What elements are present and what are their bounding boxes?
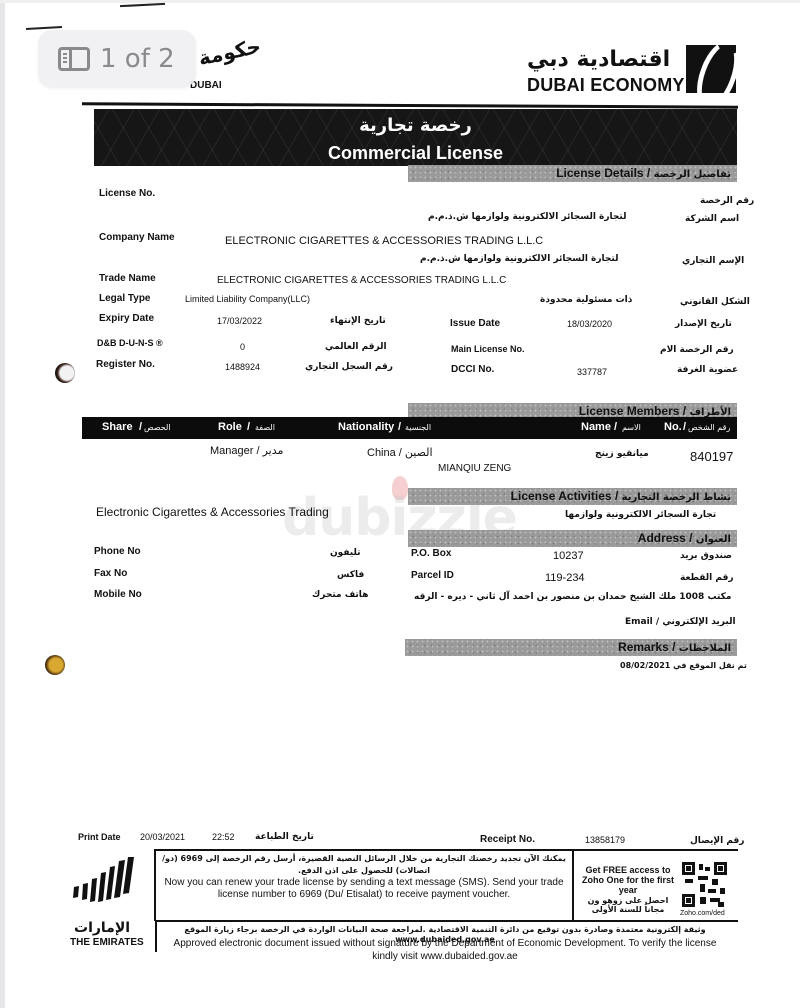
- mobile-label: Mobile No: [94, 589, 142, 600]
- zoho-url[interactable]: Zoho.com/ded: [680, 910, 725, 917]
- print-date-value: 20/03/2021: [140, 832, 185, 842]
- main-license-label: Main License No.: [451, 344, 525, 354]
- po-box-label-ar: صندوق بريد: [680, 551, 732, 561]
- legal-type-label: Legal Type: [99, 293, 151, 304]
- register-no-value: 1488924: [225, 362, 260, 372]
- title-banner: رخصة تجارية Commercial License: [94, 109, 737, 166]
- zoho-offer-en: Get FREE access to Zoho One for the firs…: [578, 865, 678, 895]
- activity-en: Electronic Cigarettes & Accessories Trad…: [96, 505, 329, 519]
- dubai-economy-logo-icon: [686, 45, 736, 93]
- viewer-edge: [0, 0, 5, 1008]
- print-time-value: 22:52: [212, 832, 235, 842]
- po-box-value: 10237: [553, 550, 584, 562]
- title-en: Commercial License: [94, 143, 737, 164]
- col-role: Role: [218, 421, 242, 433]
- register-no-label: Register No.: [96, 359, 155, 370]
- section-license-activities: License Activities / نشاط الرخصة التجاري…: [408, 488, 737, 505]
- fax-label-ar: فاكس: [337, 570, 364, 580]
- member-name-ar: ميانقيو زينج: [595, 449, 649, 459]
- company-name-value: ELECTRONIC CIGARETTES & ACCESSORIES TRAD…: [225, 235, 543, 247]
- section-remarks: Remarks / الملاحظات: [405, 639, 737, 656]
- sms-notice-ar: يمكنك الآن تجديد رخصتك التجارية من خلال …: [160, 853, 568, 877]
- divider: [572, 849, 574, 921]
- member-nationality: China / الصين: [367, 446, 433, 459]
- col-name-ar: الاسم: [622, 423, 641, 432]
- license-no-label-ar: رقم الرخصة: [700, 196, 754, 206]
- sms-notice-en: Now you can renew your trade license by …: [160, 877, 568, 901]
- legal-type-value-ar: ذات مسئولية محدودة: [540, 295, 632, 305]
- col-nationality: Nationality: [338, 421, 394, 433]
- dcci-no-label: DCCI No.: [451, 364, 494, 375]
- page-indicator[interactable]: 1 of 2: [38, 30, 196, 88]
- phone-label: Phone No: [94, 546, 141, 557]
- col-role-ar: الصفة: [255, 423, 275, 432]
- receipt-no-value: 13858179: [585, 835, 625, 845]
- zoho-offer-ar: احصل على زوهو ون مجاناً للسنة الأولى: [578, 896, 678, 914]
- parcel-id-label-ar: رقم القطعة: [680, 573, 734, 583]
- dubai-economy-logo-en: DUBAI ECONOMY: [527, 75, 685, 96]
- qr-code[interactable]: [682, 862, 727, 907]
- trade-name-value: ELECTRONIC CIGARETTES & ACCESSORIES TRAD…: [217, 275, 506, 286]
- title-ar: رخصة تجارية: [94, 115, 737, 136]
- legal-type-label-ar: الشكل القانوني: [680, 297, 750, 307]
- register-no-label-ar: رقم السجل التجاري: [305, 362, 393, 372]
- trade-name-label-ar: الإسم التجاري: [682, 256, 744, 266]
- section-license-details: License Details / تفاصيل الرخصة: [408, 165, 737, 182]
- divider: [155, 920, 738, 922]
- member-role: Manager / مدير: [210, 444, 283, 457]
- expiry-date-value: 17/03/2022: [217, 316, 262, 326]
- dcci-no-value: 337787: [577, 367, 607, 377]
- divider: [155, 922, 157, 952]
- divider: [154, 849, 156, 921]
- full-address-ar: مكتب 1008 ملك الشيخ حمدان بن منصور بن اح…: [414, 592, 731, 602]
- fax-label: Fax No: [94, 568, 127, 579]
- pen-mark: [120, 3, 165, 7]
- duns-value: 0: [240, 342, 245, 352]
- remarks-text: تم نقل الموقع في 08/02/2021: [620, 661, 747, 670]
- member-name-en: MIANQIU ZENG: [438, 463, 511, 474]
- punch-hole: [55, 363, 75, 383]
- member-no: 840197: [690, 449, 733, 464]
- print-date-label: Print Date: [78, 832, 121, 842]
- divider: [155, 849, 738, 851]
- col-share-ar: الحصص: [144, 423, 171, 432]
- emirates-logo-en: THE EMIRATES: [70, 937, 144, 948]
- duns-label: D&B D-U-N-S ®: [97, 338, 163, 348]
- gov-dubai-logo-en: DUBAI: [190, 80, 222, 91]
- print-date-label-ar: تاريخ الطباعة: [255, 832, 314, 842]
- issue-date-label-ar: تاريخ الإصدار: [675, 319, 732, 329]
- company-name-ar: لتجارة السجائر الالكترونية ولوازمها ش.ذ.…: [428, 212, 626, 222]
- dubai-economy-logo-ar: اقتصادية دبي: [527, 47, 670, 72]
- trade-name-ar: لتجارة السجائر الالكترونية ولوازمها ش.ذ.…: [420, 254, 618, 264]
- col-no-ar: رقم الشخص: [688, 423, 730, 432]
- legal-type-value: Limited Liability Company(LLC): [185, 294, 310, 304]
- verify-notice-en: Approved electronic document issued with…: [160, 937, 730, 963]
- col-nationality-ar: الجنسية: [405, 423, 431, 432]
- viewer-edge-top: [0, 0, 800, 3]
- col-no: No.: [664, 421, 682, 433]
- issue-date-label: Issue Date: [450, 318, 500, 329]
- company-name-label: Company Name: [99, 232, 175, 243]
- expiry-date-label-ar: تاريخ الإنتهاء: [330, 316, 386, 326]
- emirates-logo-ar: الإمارات: [74, 920, 130, 936]
- po-box-label: P.O. Box: [411, 548, 451, 559]
- company-name-label-ar: اسم الشركة: [685, 214, 739, 224]
- section-address: Address / العنوان: [408, 530, 737, 547]
- col-name: Name: [581, 421, 611, 433]
- issue-date-value: 18/03/2020: [567, 319, 612, 329]
- punch-hole: [45, 655, 65, 675]
- license-no-label: License No.: [99, 188, 155, 199]
- trade-name-label: Trade Name: [99, 273, 156, 284]
- receipt-no-label: Receipt No.: [480, 834, 535, 845]
- phone-label-ar: تليفون: [330, 548, 361, 558]
- parcel-id-label: Parcel ID: [411, 570, 454, 581]
- page-count: 1 of 2: [100, 44, 175, 74]
- gov-dubai-logo-ar: حكومة: [196, 34, 263, 71]
- duns-label-ar: الرقم العالمي: [325, 342, 387, 352]
- col-share: Share: [102, 421, 133, 433]
- mobile-label-ar: هاتف متحرك: [312, 590, 368, 600]
- divider: [82, 102, 738, 108]
- the-emirates-logo-icon: [70, 857, 140, 907]
- members-table-header: Share / الحصص Role / الصفة Nationality /…: [82, 417, 737, 439]
- expiry-date-label: Expiry Date: [99, 313, 154, 324]
- dcci-no-label-ar: عضوية الغرفة: [677, 365, 738, 375]
- email-label: البريد الإلكتروني / Email: [625, 617, 736, 627]
- sidebar-toggle-icon[interactable]: [58, 47, 90, 71]
- main-license-label-ar: رقم الرخصة الام: [660, 345, 734, 355]
- receipt-no-label-ar: رقم الإيصال: [690, 836, 745, 846]
- activity-ar: تجارة السجائر الالكترونية ولوازمها: [565, 510, 716, 520]
- parcel-id-value: 119-234: [545, 572, 585, 584]
